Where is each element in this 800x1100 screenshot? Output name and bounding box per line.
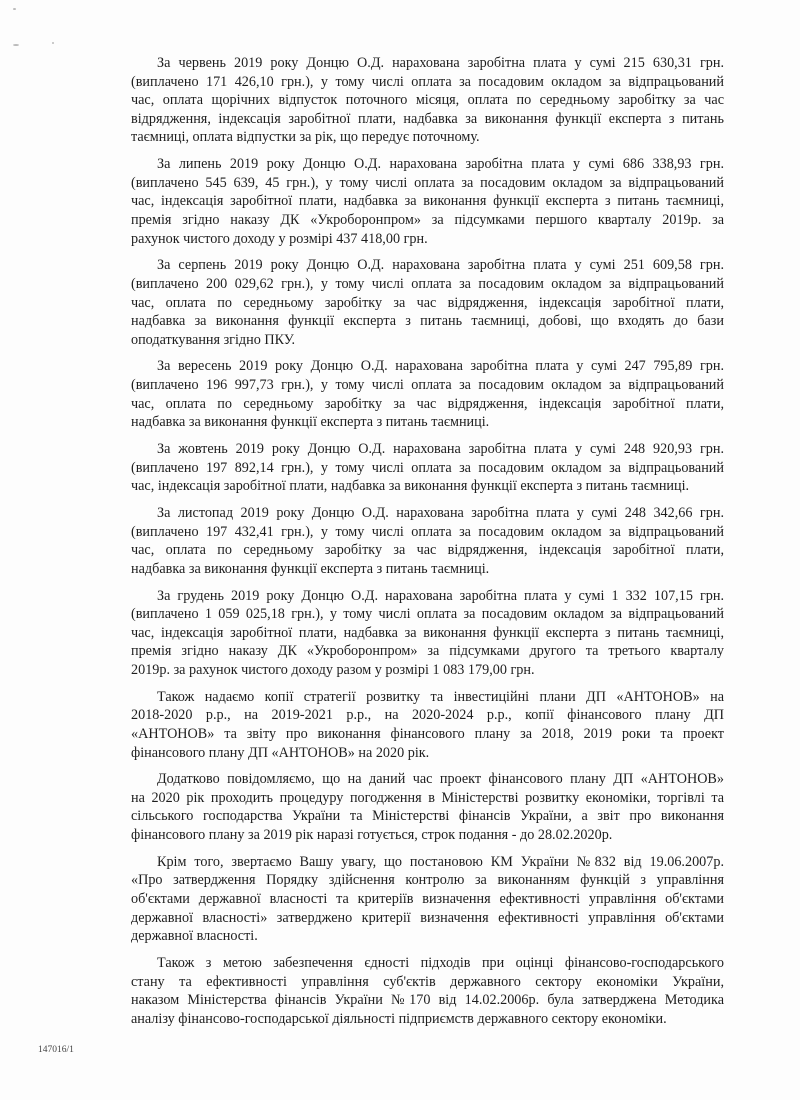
text-line: 2018-2020 р.р., на 2019-2021 р.р., на 20… — [131, 706, 724, 725]
document-code: 147016/1 — [38, 1045, 74, 1055]
text-line: Також з метою забезпечення єдності підхо… — [131, 954, 724, 973]
scan-speck — [52, 42, 54, 44]
text-line: (виплачено 197 892,14 грн.), у тому числ… — [131, 459, 724, 478]
text-line: (виплачено 197 432,41 грн.), у тому числ… — [131, 523, 724, 542]
text-line: За серпень 2019 року Донцю О.Д. нарахова… — [131, 256, 724, 275]
text-line: (виплачено 1 059 025,18 грн.), у тому чи… — [131, 605, 724, 624]
text-line: За жовтень 2019 року Донцю О.Д. нарахова… — [131, 440, 724, 459]
text-line: фінансового плану ДП «АНТОНОВ» на 2020 р… — [131, 744, 724, 763]
document-page: За червень 2019 року Донцю О.Д. нарахова… — [0, 0, 800, 1100]
text-line: За липень 2019 року Донцю О.Д. нарахован… — [131, 155, 724, 174]
text-line: (виплачено 171 426,10 грн.), у тому числ… — [131, 73, 724, 92]
paragraph: Також з метою забезпечення єдності підхо… — [131, 954, 724, 1028]
paragraph: За вересень 2019 року Донцю О.Д. нарахов… — [131, 357, 724, 431]
text-line: час, оплата щорічних відпусток поточного… — [131, 91, 724, 110]
text-line: час, оплата по середньому заробітку за ч… — [131, 541, 724, 560]
text-line: час, індексація заробітної плати, надбав… — [131, 477, 724, 496]
scan-speck — [13, 8, 16, 10]
text-line: надбавка за виконання функції експерта з… — [131, 560, 724, 579]
text-line: державної власності. — [131, 927, 724, 946]
text-line: За червень 2019 року Донцю О.Д. нарахова… — [131, 54, 724, 73]
text-line: час, оплата по середньому заробітку за ч… — [131, 395, 724, 414]
text-line: фінансового плану за 2019 рік наразі гот… — [131, 826, 724, 845]
text-line: сільського господарства України та Мініс… — [131, 807, 724, 826]
text-line: премія згідно наказу ДК «Укроборонпром» … — [131, 642, 724, 661]
text-line: (виплачено 200 029,62 грн.), у тому числ… — [131, 275, 724, 294]
text-line: таємниці, оплата відпустки за рік, що пе… — [131, 128, 724, 147]
text-line: оподаткування згідно ПКУ. — [131, 331, 724, 350]
paragraph: Також надаємо копії стратегії розвитку т… — [131, 688, 724, 762]
text-line: 2019р. за рахунок чистого доходу разом у… — [131, 661, 724, 680]
scan-speck — [13, 44, 19, 46]
text-line: стану та ефективності управління суб'єкт… — [131, 973, 724, 992]
text-line: (виплачено 545 639, 45 грн.), у тому чис… — [131, 174, 724, 193]
paragraph: За серпень 2019 року Донцю О.Д. нарахова… — [131, 256, 724, 349]
paragraph: За червень 2019 року Донцю О.Д. нарахова… — [131, 54, 724, 147]
letter-body: За червень 2019 року Донцю О.Д. нарахова… — [131, 54, 724, 1037]
text-line: надбавка за виконання функції експерта з… — [131, 312, 724, 331]
text-line: час, індексація заробітної плати, надбав… — [131, 192, 724, 211]
text-line: Крім того, звертаємо Вашу увагу, що пост… — [131, 853, 724, 872]
text-line: За грудень 2019 року Донцю О.Д. нарахова… — [131, 587, 724, 606]
text-line: Також надаємо копії стратегії розвитку т… — [131, 688, 724, 707]
paragraph: За грудень 2019 року Донцю О.Д. нарахова… — [131, 587, 724, 680]
text-line: За листопад 2019 року Донцю О.Д. нарахов… — [131, 504, 724, 523]
text-line: державної власності» затверджено критері… — [131, 909, 724, 928]
text-line: надбавка за виконання функції експерта з… — [131, 413, 724, 432]
text-line: (виплачено 196 997,73 грн.), у тому числ… — [131, 376, 724, 395]
text-line: «АНТОНОВ» та звіту про виконання фінансо… — [131, 725, 724, 744]
text-line: час, оплата по середньому заробітку за ч… — [131, 294, 724, 313]
paragraph: За жовтень 2019 року Донцю О.Д. нарахова… — [131, 440, 724, 496]
text-line: «Про затвердження Порядку здійснення кон… — [131, 871, 724, 890]
paragraph: За липень 2019 року Донцю О.Д. нарахован… — [131, 155, 724, 248]
text-line: премія згідно наказу ДК «Укроборонпром» … — [131, 211, 724, 230]
text-line: на 2020 рік проходить процедуру погоджен… — [131, 789, 724, 808]
text-line: За вересень 2019 року Донцю О.Д. нарахов… — [131, 357, 724, 376]
paragraph: Крім того, звертаємо Вашу увагу, що пост… — [131, 853, 724, 946]
text-line: рахунок чистого доходу у розмірі 437 418… — [131, 230, 724, 249]
text-line: наказом Міністерства фінансів України №1… — [131, 991, 724, 1010]
text-line: об'єктами державної власності та критері… — [131, 890, 724, 909]
text-line: аналізу фінансово-господарської діяльнос… — [131, 1010, 724, 1029]
text-line: час, індексація заробітної плати, надбав… — [131, 624, 724, 643]
paragraph: За листопад 2019 року Донцю О.Д. нарахов… — [131, 504, 724, 578]
text-line: відрядження, індексація заробітної плати… — [131, 110, 724, 129]
paragraph: Додатково повідомляємо, що на даний час … — [131, 770, 724, 844]
text-line: Додатково повідомляємо, що на даний час … — [131, 770, 724, 789]
